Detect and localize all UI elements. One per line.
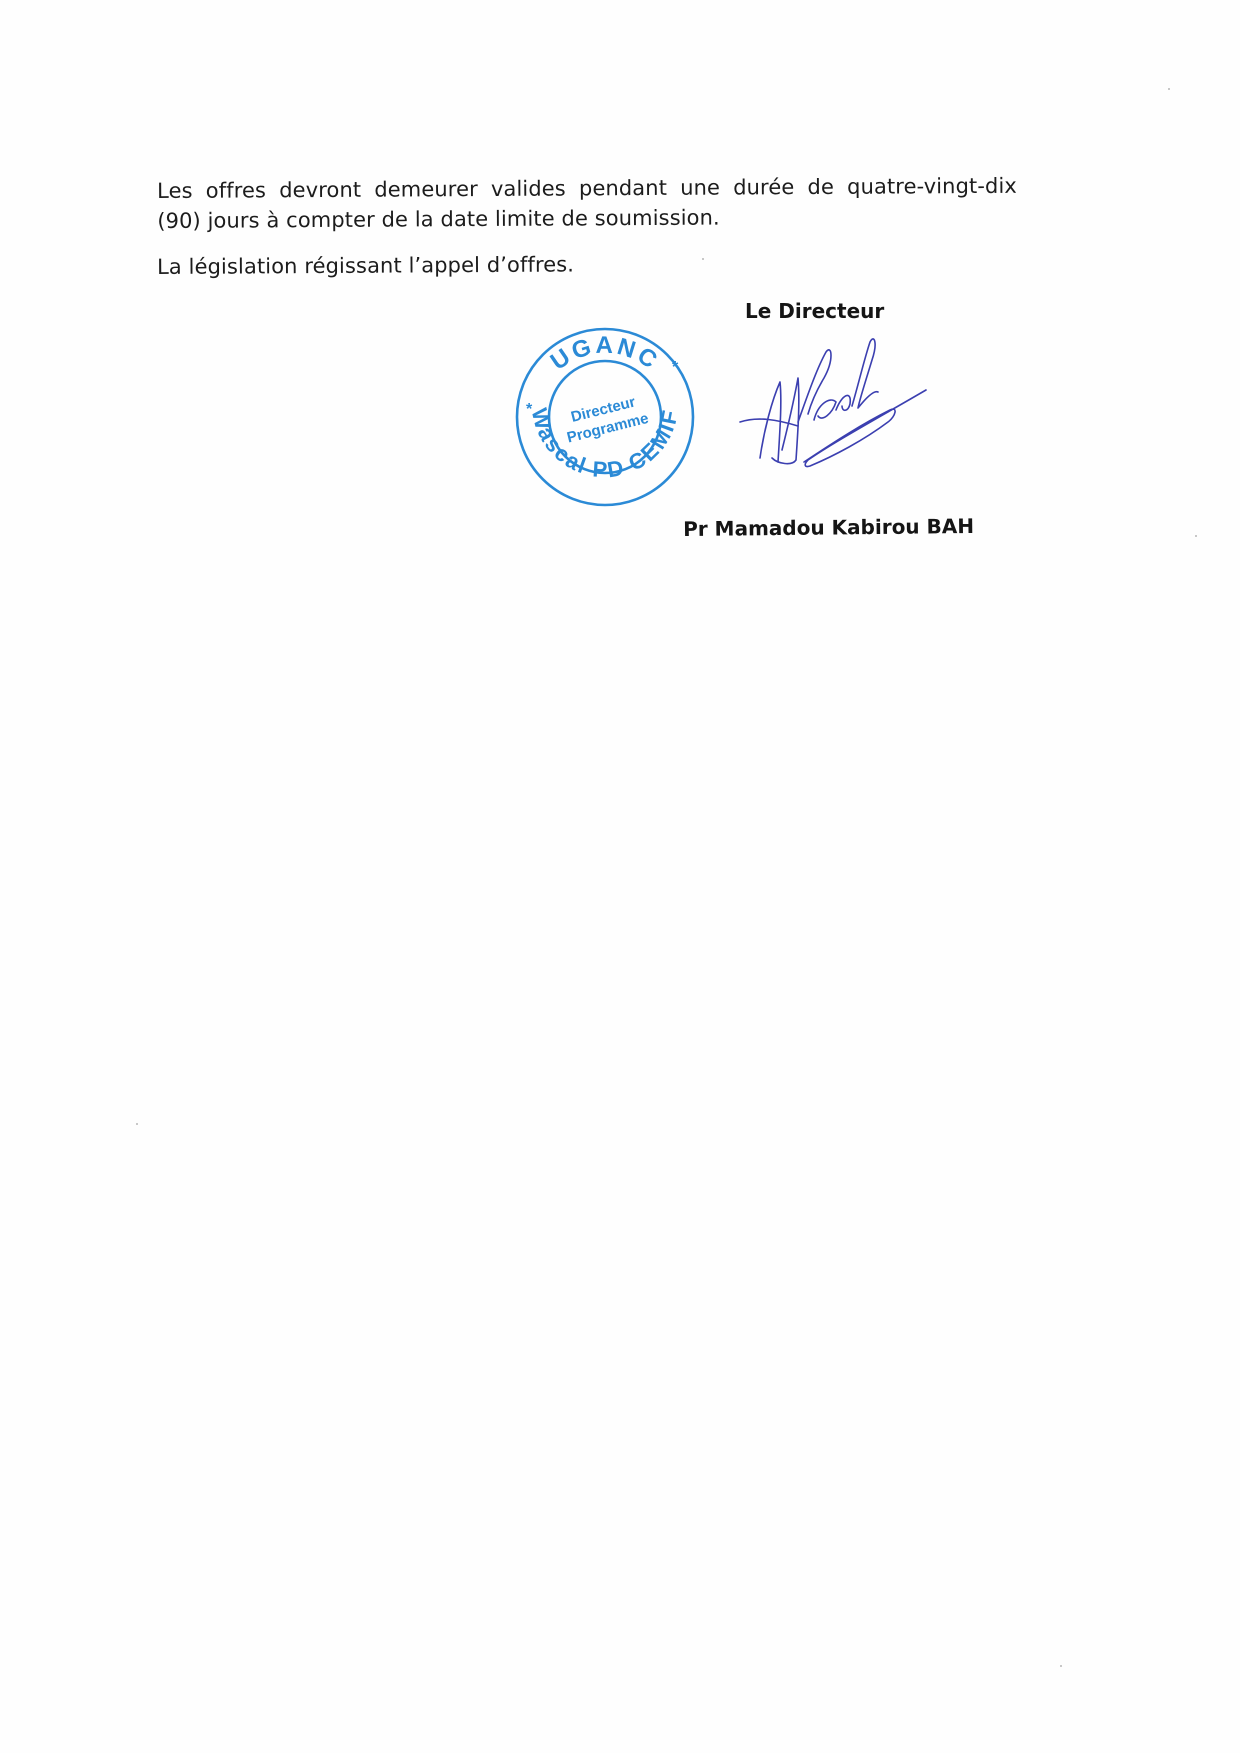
scan-speck (136, 1123, 138, 1125)
svg-text:*: * (526, 401, 533, 418)
paragraph-line: (90) jours à compter de la date limite d… (157, 201, 1017, 236)
validity-paragraph: Les offres devront demeurer valides pend… (157, 171, 1017, 236)
scan-speck (702, 258, 704, 260)
document-page: Les offres devront demeurer valides pend… (0, 0, 1240, 1753)
signatory-title: Le Directeur (745, 299, 884, 323)
svg-text:*: * (672, 359, 679, 376)
stamp-seal-icon: UGANC Wascal PD CEMIF * * Directeur Prog… (510, 322, 700, 512)
paragraph-line: La législation régissant l’appel d’offre… (157, 249, 574, 282)
scan-speck (1060, 1665, 1062, 1667)
scan-speck (1168, 88, 1170, 90)
paragraph-line: Les offres devront demeurer valides pend… (157, 171, 1017, 206)
scan-speck (1195, 535, 1197, 537)
legislation-paragraph: La législation régissant l’appel d’offre… (157, 249, 574, 282)
signature-icon (738, 330, 928, 475)
signatory-name: Pr Mamadou Kabirou BAH (683, 514, 974, 541)
handwritten-signature (738, 330, 928, 475)
official-stamp: UGANC Wascal PD CEMIF * * Directeur Prog… (510, 322, 700, 512)
